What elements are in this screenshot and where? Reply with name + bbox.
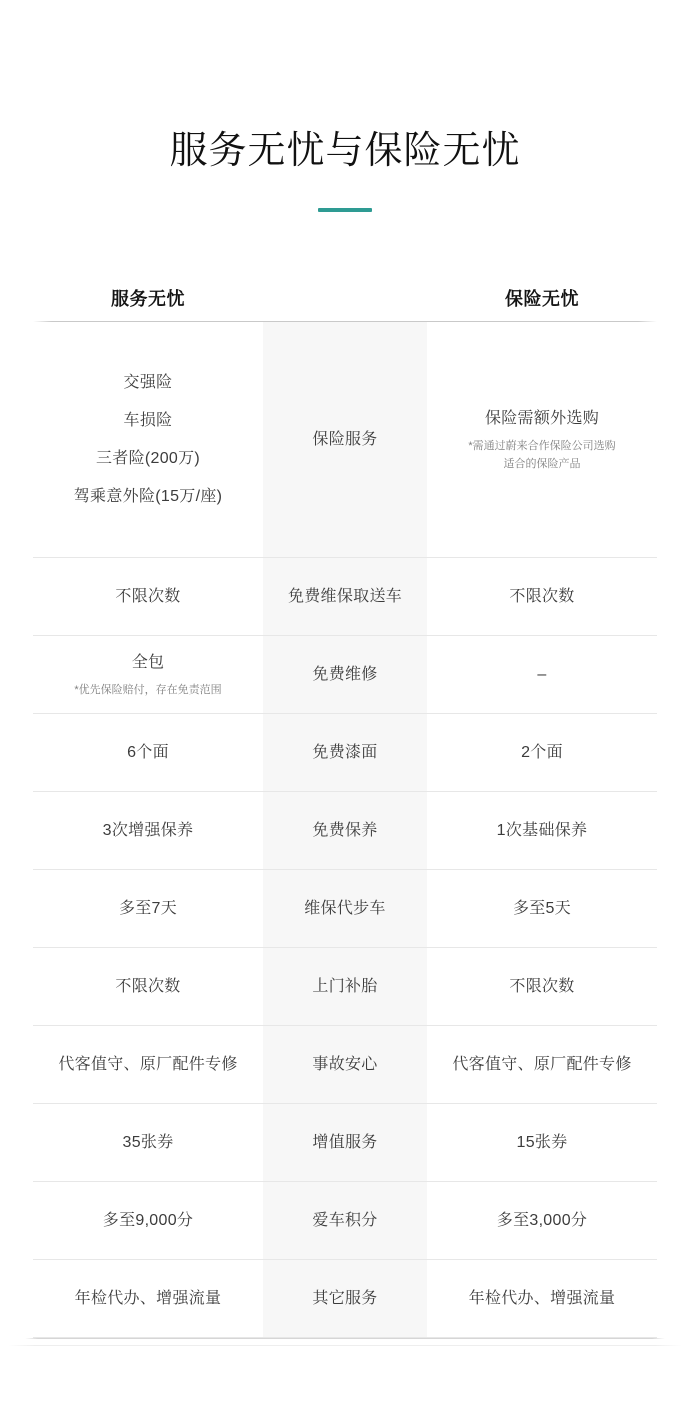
category-cell-label: 事故安心 (312, 1053, 377, 1077)
insurance-cell: 2个面 (427, 714, 657, 791)
category-cell: 免费漆面 (263, 714, 427, 791)
category-cell-label: 爱车积分 (312, 1209, 377, 1233)
left-cell-value: 代客值守、原厂配件专修 (58, 1053, 237, 1077)
service-cell: 35张券 (33, 1104, 263, 1181)
section-separator (8, 1345, 682, 1346)
left-cell-value: 年检代办、增强流量 (75, 1287, 222, 1311)
right-cell-value: 多至3,000分 (497, 1209, 587, 1233)
insurance-cell: 保险需额外选购*需通过蔚来合作保险公司选购适合的保险产品 (427, 322, 657, 557)
service-cell: 不限次数 (33, 948, 263, 1025)
left-cell-value: 不限次数 (115, 975, 180, 999)
column-header-service: 服务无忧 (33, 285, 263, 311)
page: 服务无忧与保险无忧 服务无忧 保险无忧 交强险车损险三者险(200万)驾乘意外险… (0, 126, 690, 1346)
left-cell-value: 不限次数 (115, 585, 180, 609)
right-cell-value: 年检代办、增强流量 (469, 1287, 616, 1311)
left-cell-note: *优先保险赔付，存在免责范围 (74, 681, 221, 699)
service-cell: 代客值守、原厂配件专修 (33, 1026, 263, 1103)
left-cell-value: 3次增强保养 (103, 819, 194, 843)
right-cell-value: 不限次数 (509, 585, 574, 609)
service-cell: 3次增强保养 (33, 792, 263, 869)
insurance-cell: 不限次数 (427, 948, 657, 1025)
service-cell: 年检代办、增强流量 (33, 1260, 263, 1337)
right-cell-value: 15张券 (517, 1131, 568, 1155)
right-cell-value: 1次基础保养 (497, 819, 588, 843)
category-cell-label: 上门补胎 (312, 975, 377, 999)
table-header-row: 服务无忧 保险无忧 (33, 275, 657, 321)
left-cell-value: 35张券 (123, 1131, 174, 1155)
table-row: 多至9,000分 爱车积分 多至3,000分 (33, 1182, 657, 1260)
category-cell: 爱车积分 (263, 1182, 427, 1259)
left-cell-line: 交强险 (124, 364, 173, 402)
left-cell-line: 三者险(200万) (96, 440, 200, 478)
service-cell: 多至9,000分 (33, 1182, 263, 1259)
table-row: 交强险车损险三者险(200万)驾乘意外险(15万/座) 保险服务 保险需额外选购… (33, 322, 657, 558)
category-cell: 事故安心 (263, 1026, 427, 1103)
category-cell-label: 免费维保取送车 (288, 585, 402, 609)
left-cell-value: 多至7天 (119, 897, 177, 921)
left-cell-value: 6个面 (127, 741, 169, 765)
category-cell: 其它服务 (263, 1260, 427, 1337)
insurance-cell: – (427, 636, 657, 713)
left-cell-line: 车损险 (124, 402, 173, 440)
table-row: 3次增强保养 免费保养 1次基础保养 (33, 792, 657, 870)
table-row: 不限次数 上门补胎 不限次数 (33, 948, 657, 1026)
right-cell-value: 不限次数 (509, 975, 574, 999)
insurance-cell: 多至3,000分 (427, 1182, 657, 1259)
right-cell-value: 保险需额外选购 (485, 407, 599, 431)
category-cell-label: 保险服务 (312, 428, 377, 452)
right-cell-note-line: 适合的保险产品 (468, 455, 615, 473)
category-cell: 上门补胎 (263, 948, 427, 1025)
service-cell: 多至7天 (33, 870, 263, 947)
table-row: 不限次数 免费维保取送车 不限次数 (33, 558, 657, 636)
category-cell: 维保代步车 (263, 870, 427, 947)
category-cell: 免费保养 (263, 792, 427, 869)
category-cell-label: 免费维修 (312, 663, 377, 687)
service-cell: 6个面 (33, 714, 263, 791)
left-cell-value: 多至9,000分 (103, 1209, 193, 1233)
category-cell: 增值服务 (263, 1104, 427, 1181)
table-row: 多至7天 维保代步车 多至5天 (33, 870, 657, 948)
service-cell: 不限次数 (33, 558, 263, 635)
right-cell-value: – (537, 663, 546, 687)
category-cell: 免费维保取送车 (263, 558, 427, 635)
insurance-cell: 代客值守、原厂配件专修 (427, 1026, 657, 1103)
left-cell-value: 全包 (132, 651, 165, 675)
category-cell: 保险服务 (263, 322, 427, 557)
insurance-cell: 1次基础保养 (427, 792, 657, 869)
table-row: 全包*优先保险赔付，存在免责范围 免费维修 – (33, 636, 657, 714)
comparison-table: 服务无忧 保险无忧 交强险车损险三者险(200万)驾乘意外险(15万/座) 保险… (33, 275, 657, 1339)
insurance-cell: 多至5天 (427, 870, 657, 947)
right-cell-value: 2个面 (521, 741, 563, 765)
table-row: 35张券 增值服务 15张券 (33, 1104, 657, 1182)
category-cell-label: 免费保养 (312, 819, 377, 843)
table-body: 交强险车损险三者险(200万)驾乘意外险(15万/座) 保险服务 保险需额外选购… (33, 322, 657, 1338)
category-cell: 免费维修 (263, 636, 427, 713)
category-cell-label: 增值服务 (312, 1131, 377, 1155)
insurance-cell: 15张券 (427, 1104, 657, 1181)
insurance-cell: 年检代办、增强流量 (427, 1260, 657, 1337)
service-cell: 交强险车损险三者险(200万)驾乘意外险(15万/座) (33, 322, 263, 557)
category-cell-label: 免费漆面 (312, 741, 377, 765)
left-cell-line: 驾乘意外险(15万/座) (74, 478, 223, 516)
title-underline (318, 208, 372, 212)
category-cell-label: 其它服务 (312, 1287, 377, 1311)
right-cell-value: 多至5天 (513, 897, 571, 921)
left-cell-note-line: *优先保险赔付，存在免责范围 (74, 681, 221, 699)
category-cell-label: 维保代步车 (304, 897, 386, 921)
table-row: 6个面 免费漆面 2个面 (33, 714, 657, 792)
insurance-cell: 不限次数 (427, 558, 657, 635)
right-cell-note: *需通过蔚来合作保险公司选购适合的保险产品 (468, 437, 615, 473)
page-title: 服务无忧与保险无忧 (0, 126, 690, 176)
table-bottom-border (25, 1338, 665, 1339)
table-row: 代客值守、原厂配件专修 事故安心 代客值守、原厂配件专修 (33, 1026, 657, 1104)
table-row: 年检代办、增强流量 其它服务 年检代办、增强流量 (33, 1260, 657, 1338)
column-header-insurance: 保险无忧 (427, 285, 657, 311)
service-cell: 全包*优先保险赔付，存在免责范围 (33, 636, 263, 713)
right-cell-value: 代客值守、原厂配件专修 (452, 1053, 631, 1077)
right-cell-note-line: *需通过蔚来合作保险公司选购 (468, 437, 615, 455)
